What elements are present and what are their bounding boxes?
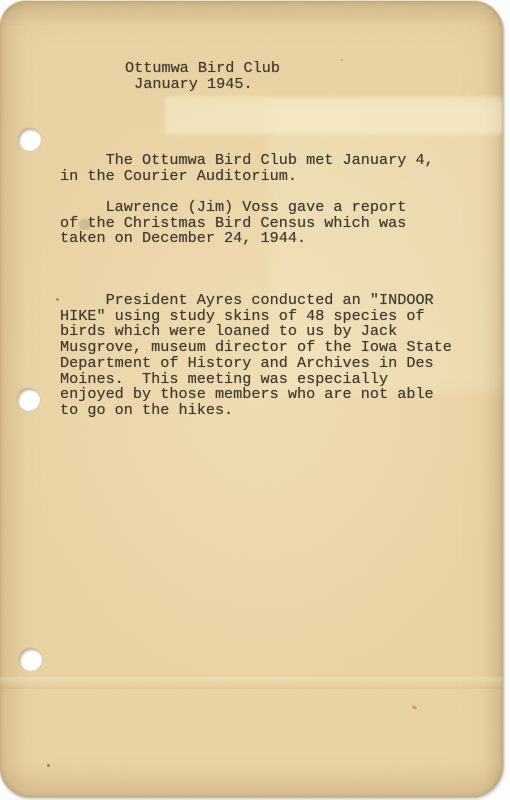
paper-speck [47,764,50,767]
paper-fiber-fleck [412,705,418,710]
paragraph-indoor-hike: President Ayres conducted an "INDOOR HIK… [60,293,452,419]
paragraph-bird-census-report: Lawrence (Jim) Voss gave a report of the… [60,200,406,247]
paper-light-band [165,97,503,134]
paper-shading-right-edge [483,1,503,797]
paper-crease [0,677,503,689]
punch-hole-bottom [19,648,42,671]
paper-speck [341,59,343,61]
paper-shading-bottom-edge [0,767,503,797]
document-title: Ottumwa Bird Club January 1945. [125,61,280,92]
scan-background: Ottumwa Bird Club January 1945. The Ottu… [0,0,510,800]
punch-hole-middle [17,388,40,411]
ink-speck [56,298,59,301]
scanned-paper-page: Ottumwa Bird Club January 1945. The Ottu… [0,1,503,797]
paragraph-meeting: The Ottumwa Bird Club met January 4, in … [60,153,434,184]
erased-character-smudge [79,219,91,230]
punch-hole-top [18,128,41,151]
paper-shading-top-edge [0,1,503,27]
